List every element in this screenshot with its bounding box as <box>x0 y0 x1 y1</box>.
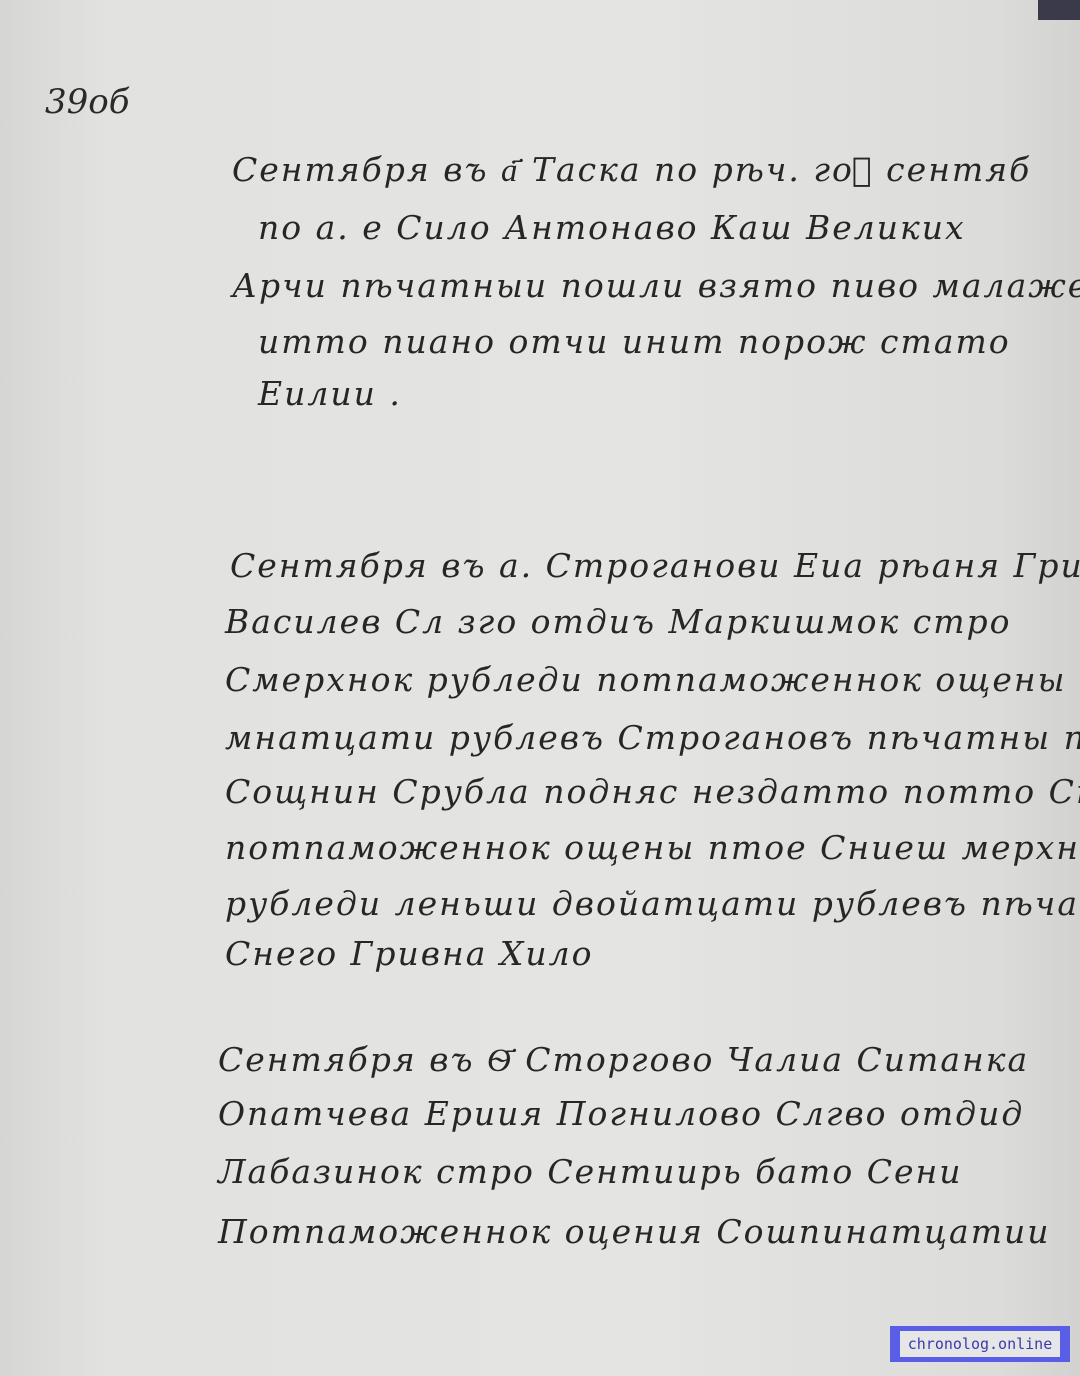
folio-number: 39об <box>45 82 130 122</box>
text-line: Еилии . <box>258 374 402 413</box>
manuscript-page: 39об Сентября въ а҃ Таска по рѣч. гоⷣ се… <box>0 0 1080 1376</box>
binding-edge <box>1038 0 1080 20</box>
text-line: Арчи пѣчатныи пошли взято пиво малаже <box>232 266 1080 305</box>
text-line: по а. е Сило Антонаво Каш Великих <box>258 208 966 247</box>
text-line: Смерхнок рубледи потпаможеннок ощены се <box>225 660 1080 699</box>
text-line: Лабазинок стро Сентиирь бато Сени <box>218 1152 962 1191</box>
text-line: Василев Сл зго отдиъ Маркишмок стро <box>225 602 1012 641</box>
text-line: потпаможеннок ощены птое Сниеш мерхнок <box>225 828 1080 867</box>
watermark-badge: chronolog.online <box>890 1326 1070 1362</box>
text-line: мнатцати рублевъ Строгановъ пѣчатны пошл… <box>225 718 1080 757</box>
text-line: Сентября въ а҃ Таска по рѣч. гоⷣ сентяб <box>232 150 1031 190</box>
text-line: Потпаможеннок оцения Сошпинатцатии <box>218 1212 1051 1251</box>
text-line: Снего Гривна Хило <box>225 934 594 973</box>
text-line: Сентября въ а. Строганови Еиа рѣаня Гриш… <box>230 546 1080 585</box>
text-line: итто пиано отчи инит порож стато <box>258 322 1011 361</box>
text-line: Сентября въ Ѳ҃ Сторгово Чалиа Ситанка <box>218 1040 1029 1080</box>
text-line: Опатчева Ериия Погнилово Слгво отдид <box>218 1094 1024 1133</box>
watermark-text: chronolog.online <box>900 1331 1061 1357</box>
text-line: Сощнин Срубла подняс нездатто потто Сто <box>225 772 1080 811</box>
text-line: рубледи леньши двойатцати рублевъ пѣчатн… <box>225 884 1080 923</box>
